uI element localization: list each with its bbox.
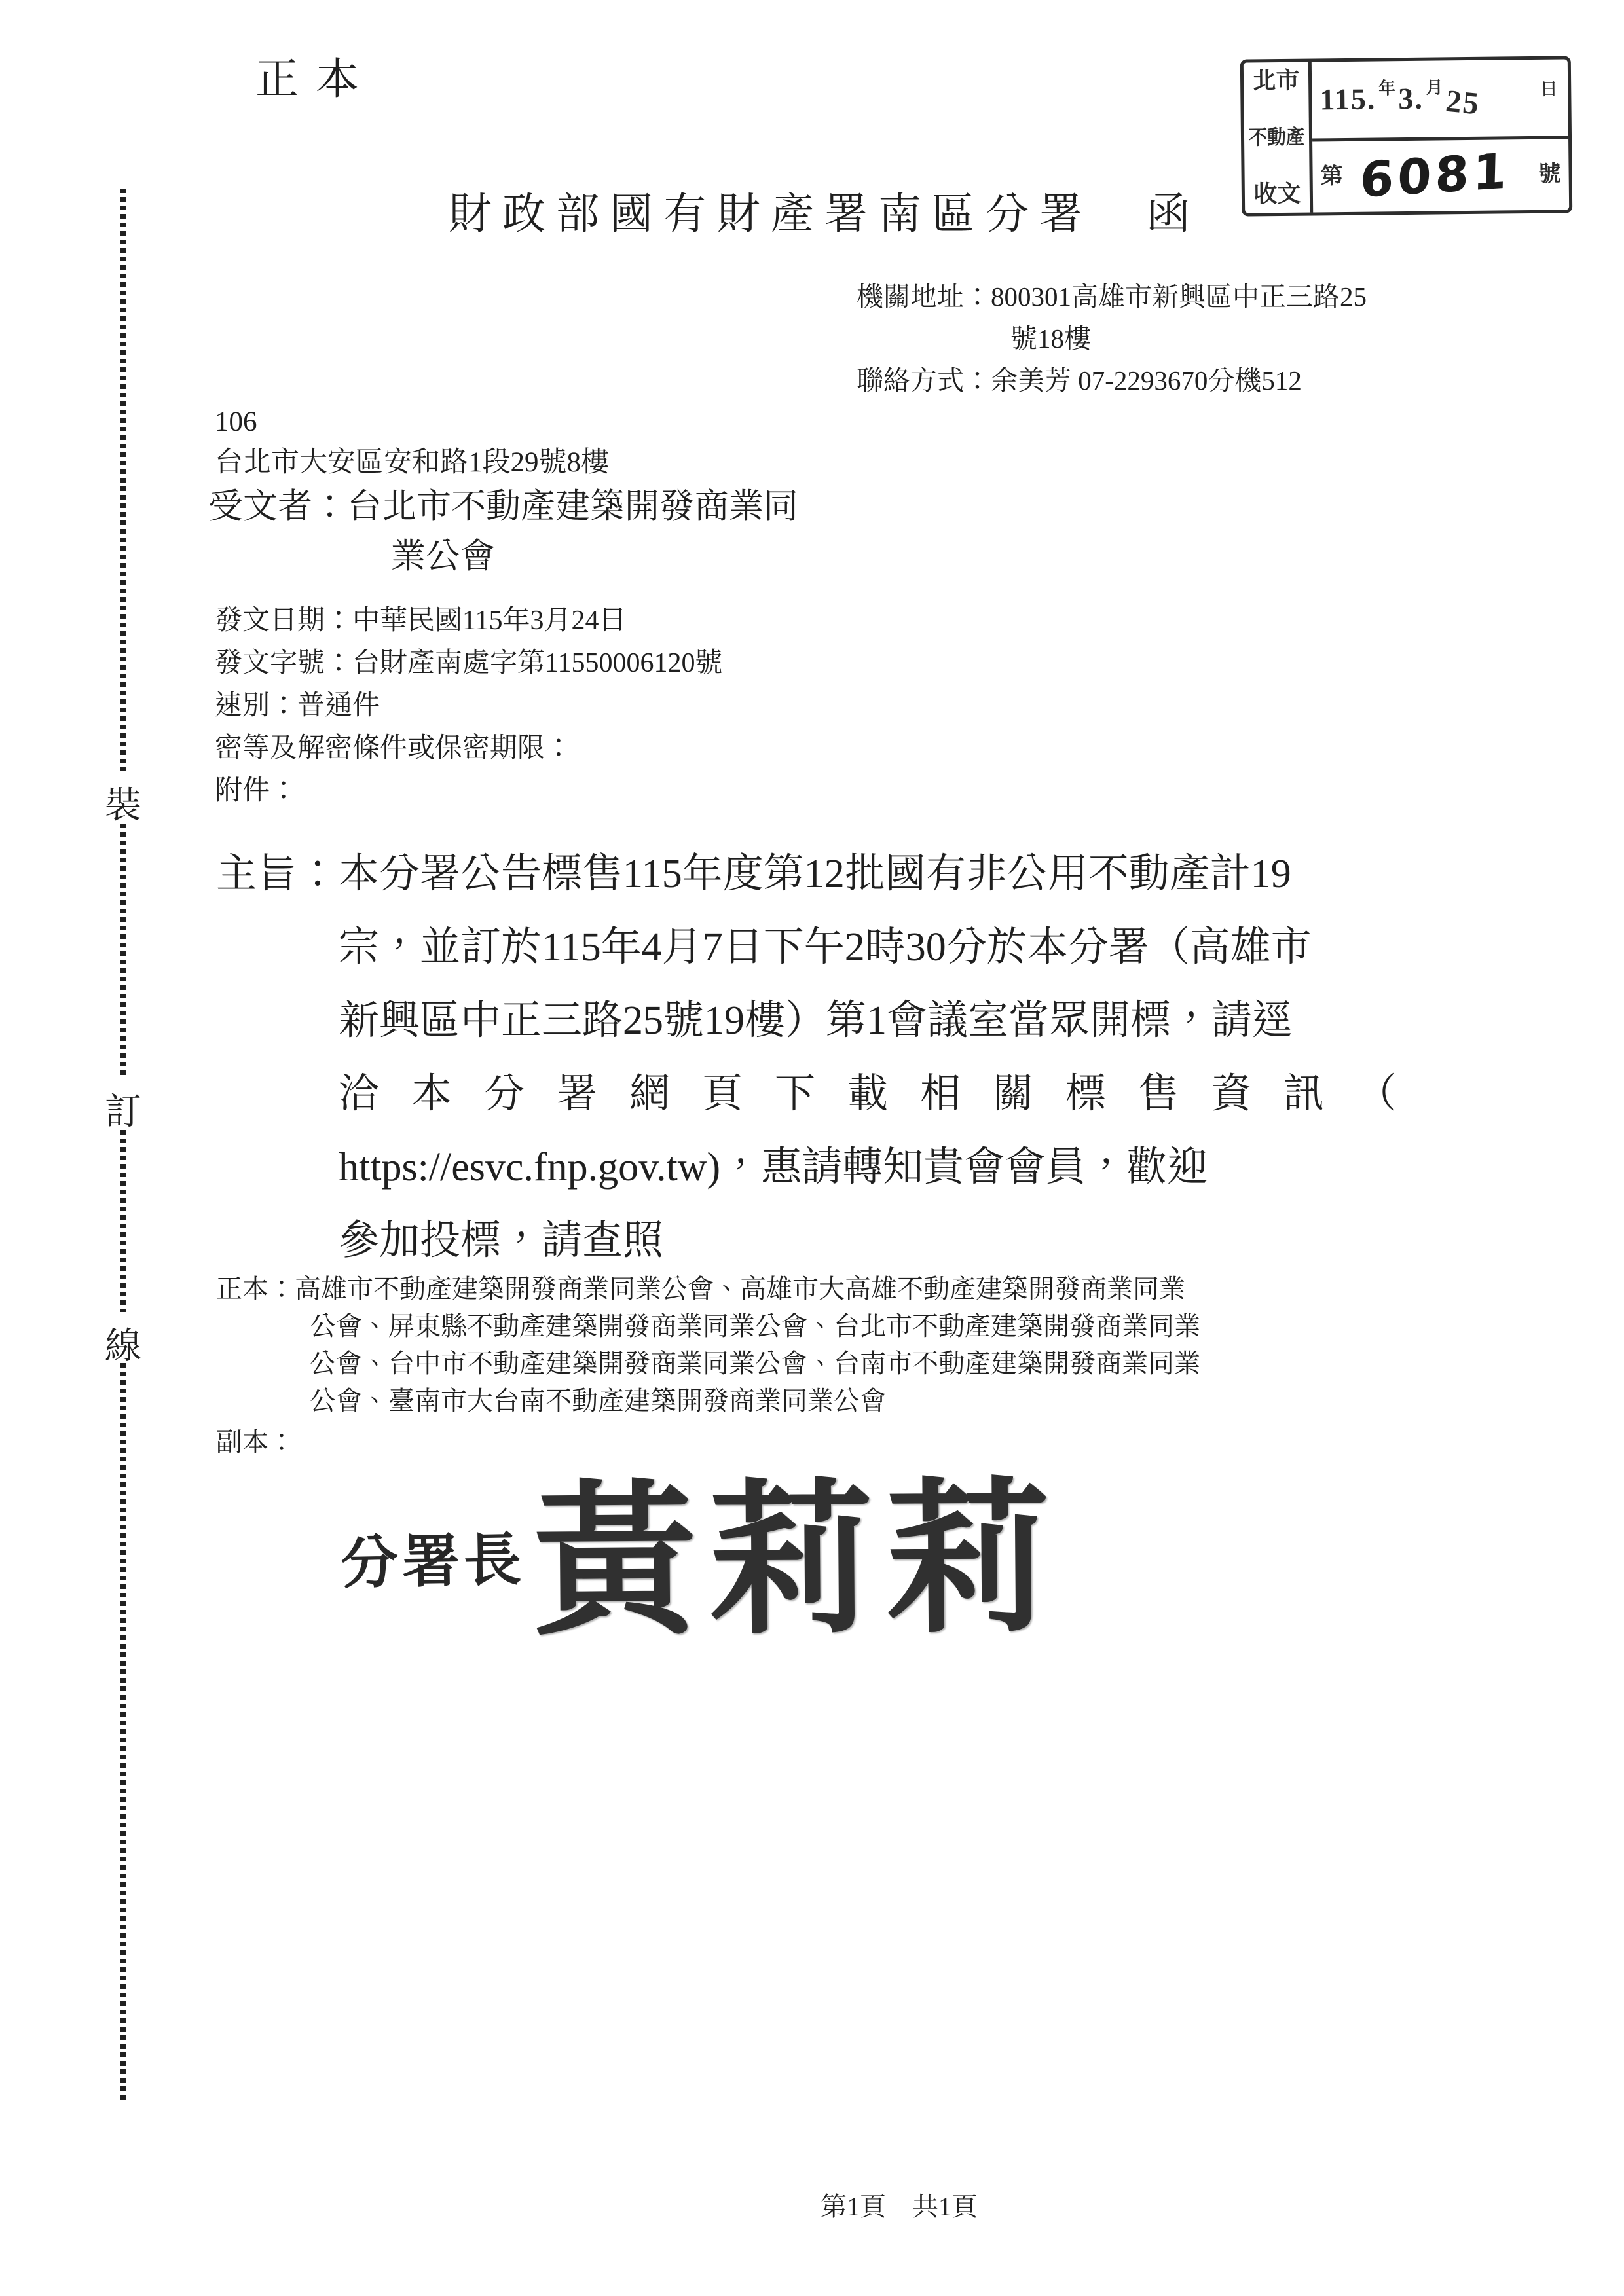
stamp-date-day: 25 <box>1444 83 1481 122</box>
stamp-org-line: 北市 <box>1244 67 1308 95</box>
stamp-date-month: 3. <box>1398 82 1424 117</box>
agency-address-line-1: 機關地址：800301高雄市新興區中正三路25 <box>857 282 1367 312</box>
binding-mark-zhuang: 裝 <box>102 776 144 829</box>
binding-mark-ding: 訂 <box>102 1083 144 1135</box>
subject-line-5: https://esvc.fnp.gov.tw)，惠請轉知貴會會員，歡迎 <box>339 1144 1208 1191</box>
stamp-org-line: 收文 <box>1245 180 1310 208</box>
subject-line-2: 宗，並訂於115年4月7日下午2時30分於本分署（高雄市 <box>339 924 1312 971</box>
stamp-org-line: 不動產 <box>1247 126 1306 150</box>
subject-line-4: 洽本分署網頁下載相關標售資訊（ <box>339 1071 1429 1118</box>
stamp-year-label: 年 <box>1378 79 1395 99</box>
binding-dotted-line-segment <box>120 189 126 771</box>
stamp-day-label: 日 <box>1540 80 1557 100</box>
original-recipients-line-2: 公會、屏東縣不動產建築開發商業同業公會、台北市不動產建築開發商業同業 <box>310 1311 1200 1341</box>
scanned-letter-page: 裝 訂 線 正本 財政部國有財產署南區分署 函 北市 不動產 收文 115. 年… <box>0 0 1624 2296</box>
agency-address-line-2: 號18樓 <box>1010 323 1091 354</box>
subject-line-1: 本分署公告標售115年度第12批國有非公用不動產計19 <box>339 851 1291 898</box>
stamp-number-row: 第 6081 號 <box>1312 139 1569 212</box>
subject-label: 主旨： <box>216 851 338 898</box>
stamp-number-prefix: 第 <box>1320 164 1342 189</box>
recipient-postal-code: 106 <box>215 406 257 438</box>
doc-number-line: 發文字號：台財產南處字第11550006120號 <box>215 647 722 679</box>
binding-dotted-line-segment <box>120 1130 126 1312</box>
original-recipients-line-1: 正本：高雄市不動產建築開發商業同業公會、高雄市大高雄不動產建築開發商業同業 <box>216 1274 1185 1304</box>
original-recipients-line-4: 公會、臺南市大台南不動產建築開發商業同業公會 <box>310 1386 886 1416</box>
recipient-name-line-1: 受文者：台北市不動產建築開發商業同 <box>208 487 798 527</box>
receipt-stamp-body: 115. 年 3. 月 25 日 第 6081 號 <box>1312 59 1569 212</box>
page-number-footer: 第1頁 共1頁 <box>821 2192 978 2222</box>
agency-contact-line: 聯絡方式：余美芳 07-2293670分機512 <box>857 365 1302 396</box>
copy-type-label: 正本 <box>255 55 376 105</box>
stamp-date-row: 115. 年 3. 月 25 日 <box>1312 59 1568 141</box>
binding-mark-xian: 線 <box>102 1317 144 1370</box>
signer-title: 分署長 <box>340 1528 526 1597</box>
receipt-stamp-org-column: 北市 不動產 收文 <box>1244 62 1313 213</box>
security-line: 密等及解密條件或保密期限： <box>215 733 572 764</box>
stamp-month-label: 月 <box>1426 79 1443 98</box>
stamp-date-year: 115. <box>1319 82 1376 117</box>
cc-label: 副本： <box>216 1427 295 1457</box>
receipt-stamp: 北市 不動產 收文 115. 年 3. 月 25 日 第 6081 號 <box>1240 56 1572 216</box>
attachment-line: 附件： <box>215 775 297 807</box>
binding-dotted-line-segment <box>120 824 126 1078</box>
issuing-agency-title: 財政部國有財產署南區分署 函 <box>449 190 1200 240</box>
priority-line: 速別：普通件 <box>215 690 380 721</box>
recipient-address: 台北市大安區安和路1段29號8樓 <box>215 446 609 479</box>
signer-name-seal: 黃莉莉 <box>531 1461 1063 1662</box>
original-recipients-line-3: 公會、台中市不動產建築開發商業同業公會、台南市不動產建築開發商業同業 <box>310 1349 1200 1379</box>
recipient-name-line-2: 業公會 <box>391 537 495 577</box>
binding-dotted-line-segment <box>120 1363 126 2103</box>
stamp-handwritten-number: 6081 <box>1359 147 1511 205</box>
issue-date-line: 發文日期：中華民國115年3月24日 <box>215 605 626 636</box>
subject-line-3: 新興區中正三路25號19樓）第1會議室當眾開標，請逕 <box>339 998 1293 1044</box>
subject-line-6: 參加投標，請查照 <box>339 1218 663 1264</box>
stamp-number-suffix: 號 <box>1538 162 1560 187</box>
